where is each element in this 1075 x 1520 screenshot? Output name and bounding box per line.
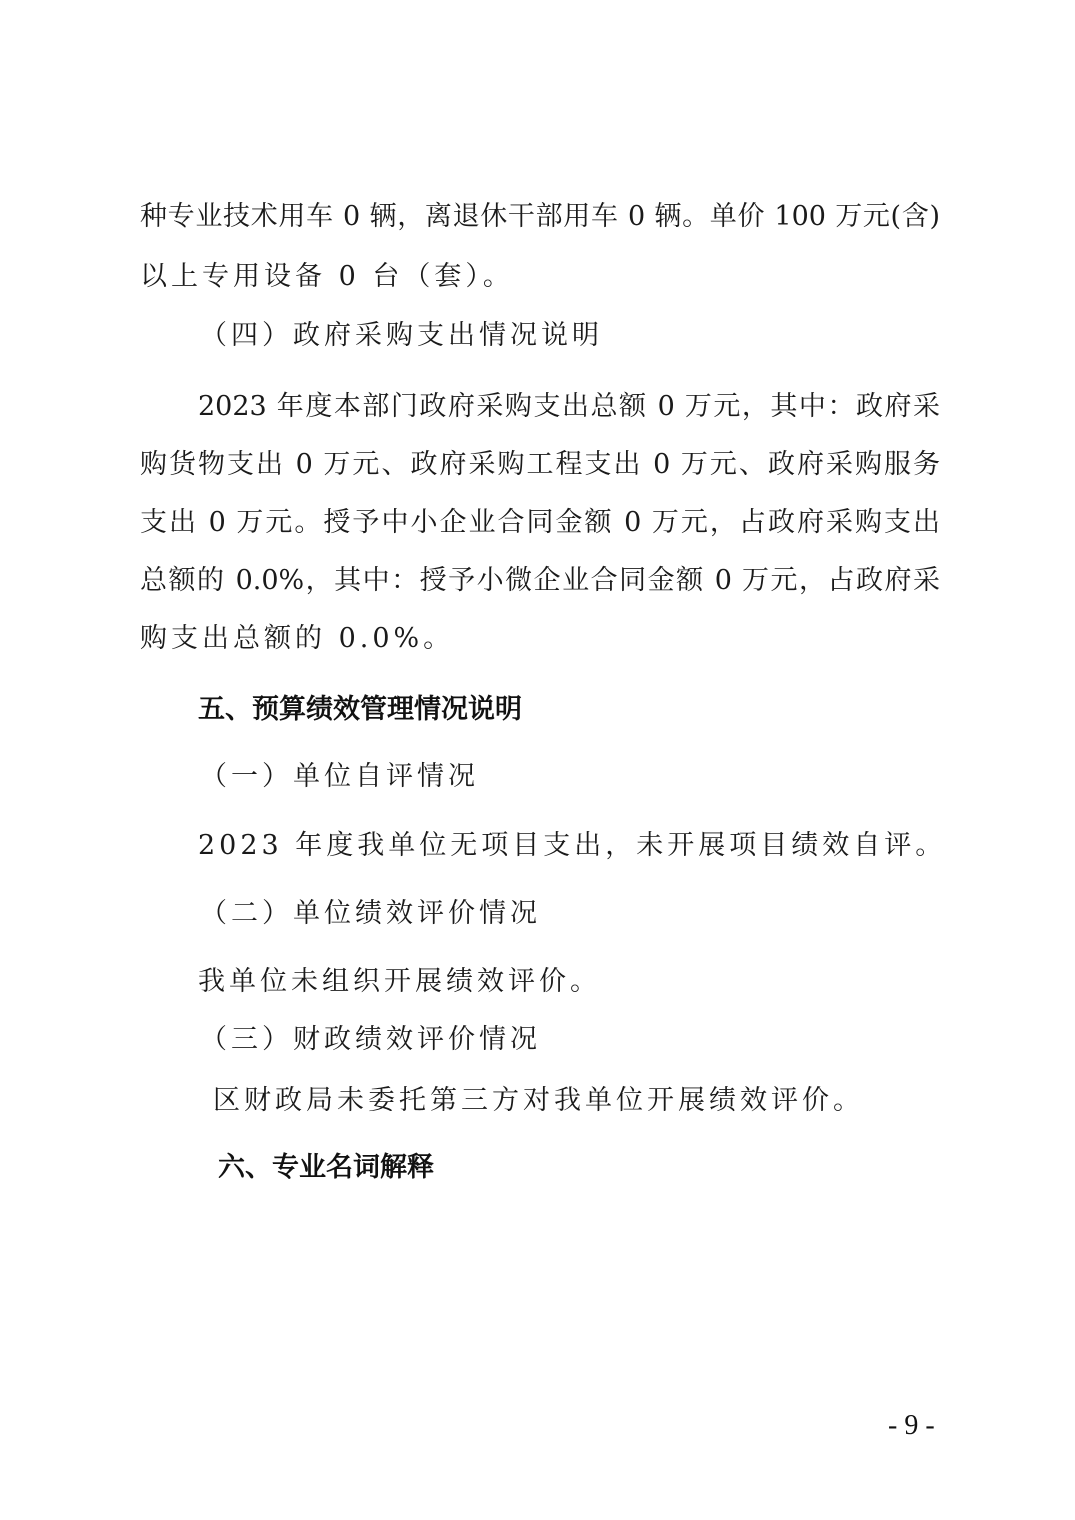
page-number: - 9 - — [888, 1410, 935, 1442]
section-5-1-title: （一）单位自评情况 — [200, 757, 479, 797]
document-page: 种专业技术用车 0 辆，离退休干部用车 0 辆。单价 100 万元(含) 以上专… — [0, 0, 1075, 1520]
paragraph-line: 支出 0 万元。授予中小企业合同金额 0 万元，占政府采购支出 — [140, 503, 940, 543]
section-5-3-title: （三）财政绩效评价情况 — [200, 1020, 541, 1060]
section-6-heading: 六、专业名词解释 — [218, 1148, 434, 1188]
paragraph-line: 购支出总额的 0.0%。 — [140, 619, 454, 659]
paragraph-line: 以上专用设备 0 台（套）。 — [140, 257, 514, 297]
section-5-2-title: （二）单位绩效评价情况 — [200, 894, 541, 934]
section-5-2-body: 我单位未组织开展绩效评价。 — [198, 962, 601, 1002]
section-5-1-body: 2023 年度我单位无项目支出，未开展项目绩效自评。 — [198, 826, 946, 866]
paragraph-line: 总额的 0.0%，其中：授予小微企业合同金额 0 万元，占政府采 — [140, 561, 940, 601]
section-4-4-title: （四）政府采购支出情况说明 — [200, 316, 603, 356]
section-5-heading: 五、预算绩效管理情况说明 — [198, 690, 522, 730]
paragraph-line: 购货物支出 0 万元、政府采购工程支出 0 万元、政府采购服务 — [140, 445, 940, 485]
paragraph-line: 种专业技术用车 0 辆，离退休干部用车 0 辆。单价 100 万元(含) — [140, 197, 940, 237]
paragraph-line: 2023 年度本部门政府采购支出总额 0 万元，其中：政府采 — [198, 387, 940, 427]
section-5-3-body: 区财政局未委托第三方对我单位开展绩效评价。 — [213, 1081, 864, 1121]
